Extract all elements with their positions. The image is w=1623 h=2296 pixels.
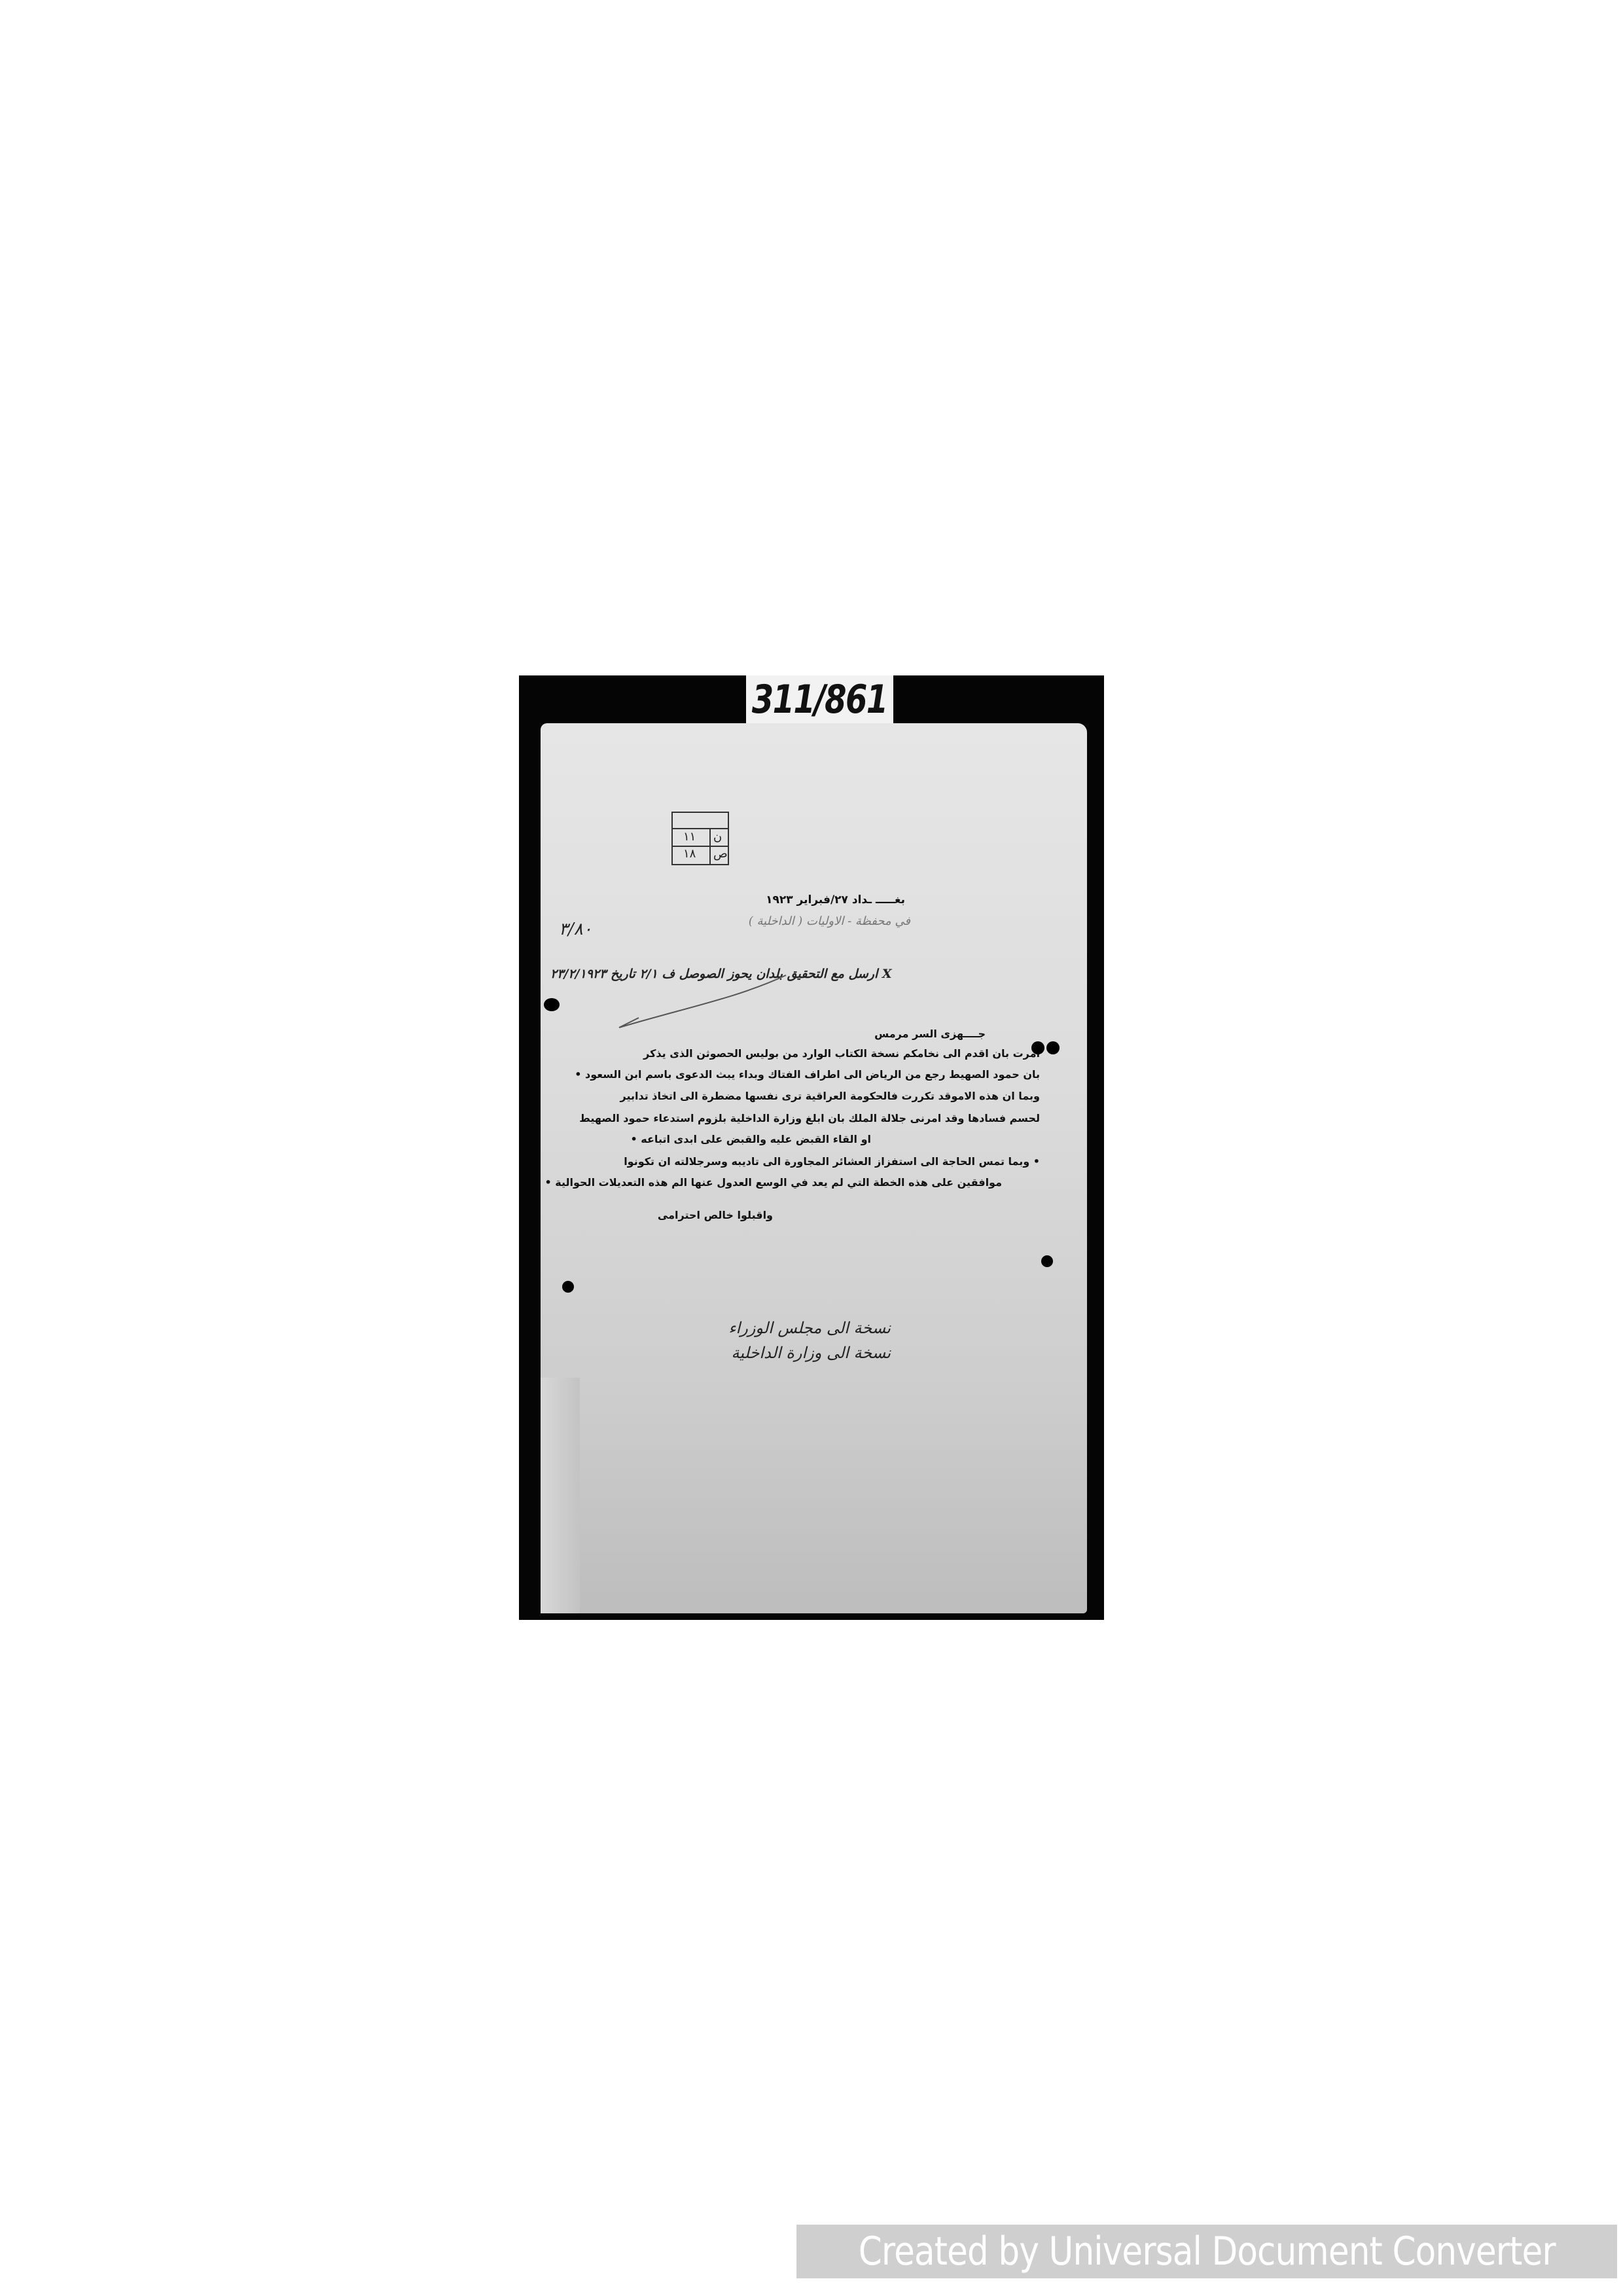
punch-hole-mark: [1031, 1041, 1044, 1054]
addressee-line: جــــهزى السر مرمس: [874, 1028, 986, 1040]
registry-stamp: ن ١١ ص ١٨: [671, 812, 729, 865]
stamp-value-1: ١١: [683, 830, 696, 844]
paper-fold-shadow: [541, 1378, 580, 1613]
copy-line: نسخة الى وزارة الداخلية: [732, 1344, 891, 1362]
body-line: موافقين على هذه الخطة التي لم يعد في الو…: [544, 1176, 1002, 1189]
stamp-label-1: ن: [713, 830, 722, 844]
handwritten-reference: ٣/٨٠: [559, 920, 592, 939]
converter-watermark: Created by Universal Document Converter: [796, 2225, 1617, 2278]
ink-blot: [562, 1281, 574, 1293]
body-line: بان حمود الصهيط رجع من الرياض الى اطراف …: [575, 1068, 1040, 1081]
date-line: بغـــــ ـداد ٢٧/فبراير ١٩٢٣: [766, 893, 905, 906]
stamp-label-2: ص: [713, 847, 728, 861]
copy-line: نسخة الى مجلس الوزراء: [728, 1319, 891, 1337]
archive-number-tab: 311/861: [746, 675, 893, 723]
scanned-document-frame: 311/861 ن ١١ ص ١٨ بغـــــ ـداد ٢٧/فبراير…: [519, 675, 1104, 1620]
handwritten-margin-note: في محفظة - الاوليات ( الداخلية ): [749, 914, 910, 928]
watermark-text: Created by Universal Document Converter: [858, 2229, 1555, 2274]
punch-hole-mark: [1041, 1255, 1053, 1267]
closing-line: واقبلوا خالص احترامى: [658, 1209, 773, 1221]
archive-number: 311/861: [752, 677, 887, 723]
body-line: وبما ان هذه الاموقد تكررت فالحكومة العرا…: [620, 1090, 1040, 1102]
body-line: • وبما تمس الحاجة الى استفزاز العشائر ال…: [624, 1155, 1040, 1168]
pen-stroke-mark: [606, 972, 789, 1031]
ink-blot: [544, 998, 560, 1011]
punch-hole-mark: [1046, 1041, 1060, 1054]
body-line: امرت بان اقدم الى نخامكم نسخة الكتاب الو…: [643, 1047, 1040, 1060]
document-page: ن ١١ ص ١٨ بغـــــ ـداد ٢٧/فبراير ١٩٢٣ في…: [541, 723, 1087, 1613]
stamp-value-2: ١٨: [683, 847, 696, 861]
body-line: لحسم فسادها وقد امرنى جلالة الملك بان اب…: [579, 1112, 1040, 1124]
body-line: او القاء القبض عليه والقبض على ابدى اتبا…: [631, 1133, 872, 1145]
